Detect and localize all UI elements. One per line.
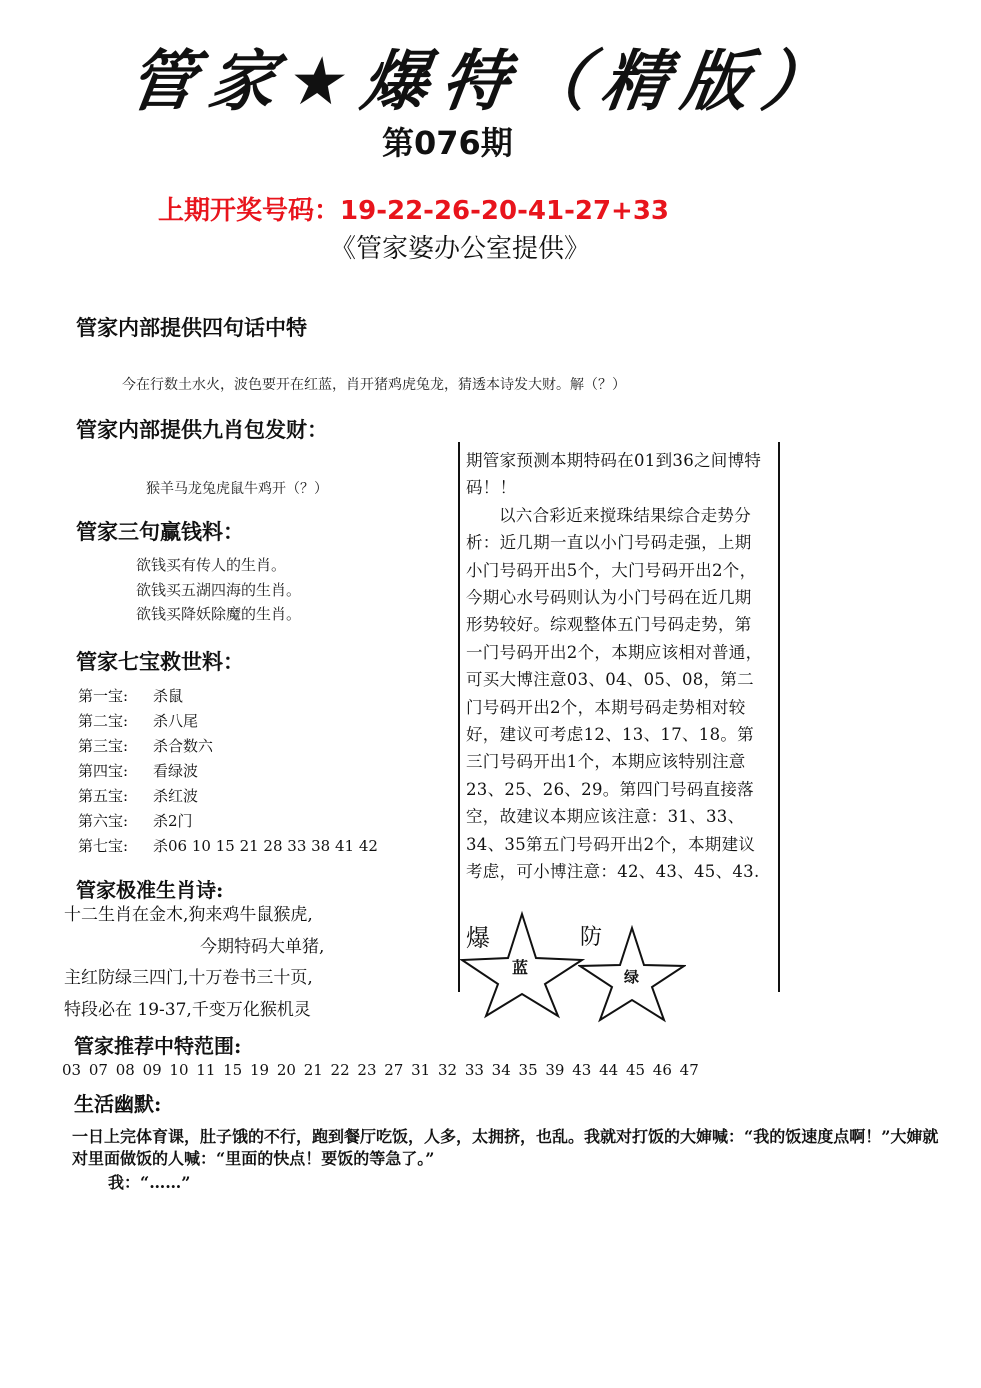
poem-line: 十二生肖在金木,狗来鸡牛鼠猴虎,	[64, 900, 364, 932]
humor-heading: 生活幽默:	[74, 1088, 161, 1117]
seven-treasures-heading: 管家七宝救世料：	[76, 646, 244, 676]
three-sentences-line: 欲钱买有传人的生肖。	[136, 553, 301, 578]
three-sentences-line: 欲钱买降妖除魔的生肖。	[136, 602, 301, 627]
last-draw-numbers: 19-22-26-20-41-27+33	[340, 196, 669, 226]
treasure-item: 第四宝:看绿波	[78, 759, 378, 784]
treasure-key: 第三宝:	[78, 734, 153, 759]
treasure-item: 第一宝:杀鼠	[78, 684, 378, 709]
bao-value: 蓝	[512, 955, 528, 978]
treasure-key: 第七宝:	[78, 834, 153, 859]
treasure-key: 第一宝:	[78, 684, 153, 709]
treasure-value: 杀八尾	[153, 709, 198, 734]
nine-zodiac-text: 猴羊马龙兔虎鼠牛鸡开（？）	[146, 478, 328, 498]
last-draw-result: 上期开奖号码：19-22-26-20-41-27+33	[158, 190, 669, 227]
range-numbers: 03 07 08 09 10 11 15 19 20 21 22 23 27 3…	[62, 1061, 699, 1079]
treasure-value: 杀红波	[153, 784, 198, 809]
three-sentences-list: 欲钱买有传人的生肖。 欲钱买五湖四海的生肖。 欲钱买降妖除魔的生肖。	[136, 553, 301, 627]
nine-zodiac-heading: 管家内部提供九肖包发财：	[76, 414, 328, 444]
treasure-item: 第五宝:杀红波	[78, 784, 378, 809]
analysis-text: 期管家预测本期特码在01到36之间博特码！！ 以六合彩近来搅珠结果综合走势分析：…	[466, 447, 766, 886]
treasure-value: 杀合数六	[153, 734, 213, 759]
treasure-value: 杀鼠	[153, 684, 183, 709]
treasure-item: 第七宝:杀06 10 15 21 28 33 38 41 42	[78, 834, 378, 859]
fang-value: 绿	[624, 966, 639, 987]
provider-credit: 《管家婆办公室提供》	[330, 228, 590, 265]
poem-line: 主红防绿三四门,十万卷书三十页,	[64, 963, 364, 995]
three-sentences-heading: 管家三句赢钱料：	[76, 516, 244, 546]
treasure-value: 杀06 10 15 21 28 33 38 41 42	[153, 834, 378, 859]
humor-text: 一日上完体育课，肚子饿的不行，跑到餐厅吃饭，人多，太拥挤，也乱。我就对打饭的大婶…	[72, 1126, 952, 1170]
analysis-paragraph-2: 以六合彩近来搅珠结果综合走势分析：近几期一直以小门号码走强，上期小门号码开出5个…	[466, 502, 766, 886]
last-draw-label: 上期开奖号码：	[158, 196, 340, 226]
three-sentences-line: 欲钱买五湖四海的生肖。	[136, 578, 301, 603]
treasure-item: 第六宝:杀2门	[78, 809, 378, 834]
range-heading: 管家推荐中特范围:	[74, 1030, 241, 1059]
four-sentences-text: 今在行数土水火，波色要开在红蓝，肖开猪鸡虎兔龙，猜透本诗发大财。解（？）	[122, 374, 626, 394]
poem-heading: 管家极准生肖诗:	[76, 874, 223, 903]
analysis-paragraph-1: 期管家预测本期特码在01到36之间博特码！！	[466, 447, 766, 502]
treasure-key: 第六宝:	[78, 809, 153, 834]
treasure-value: 杀2门	[153, 809, 193, 834]
four-sentences-heading: 管家内部提供四句话中特	[76, 312, 307, 342]
issue-number: 第076期	[382, 118, 513, 164]
page-title: 管家★爆特（精版）	[123, 28, 850, 123]
treasure-key: 第二宝:	[78, 709, 153, 734]
treasure-key: 第五宝:	[78, 784, 153, 809]
treasure-key: 第四宝:	[78, 759, 153, 784]
poem-line: 今期特码大单猪,	[64, 932, 364, 964]
treasure-value: 看绿波	[153, 759, 198, 784]
poem-line: 特段必在 19-37,千变万化猴机灵	[64, 995, 364, 1027]
treasure-item: 第二宝:杀八尾	[78, 709, 378, 734]
poem-lines: 十二生肖在金木,狗来鸡牛鼠猴虎, 今期特码大单猪, 主红防绿三四门,十万卷书三十…	[64, 900, 364, 1026]
seven-treasures-list: 第一宝:杀鼠 第二宝:杀八尾 第三宝:杀合数六 第四宝:看绿波 第五宝:杀红波 …	[78, 684, 378, 859]
humor-reply: 我：“……”	[108, 1170, 190, 1193]
treasure-item: 第三宝:杀合数六	[78, 734, 378, 759]
